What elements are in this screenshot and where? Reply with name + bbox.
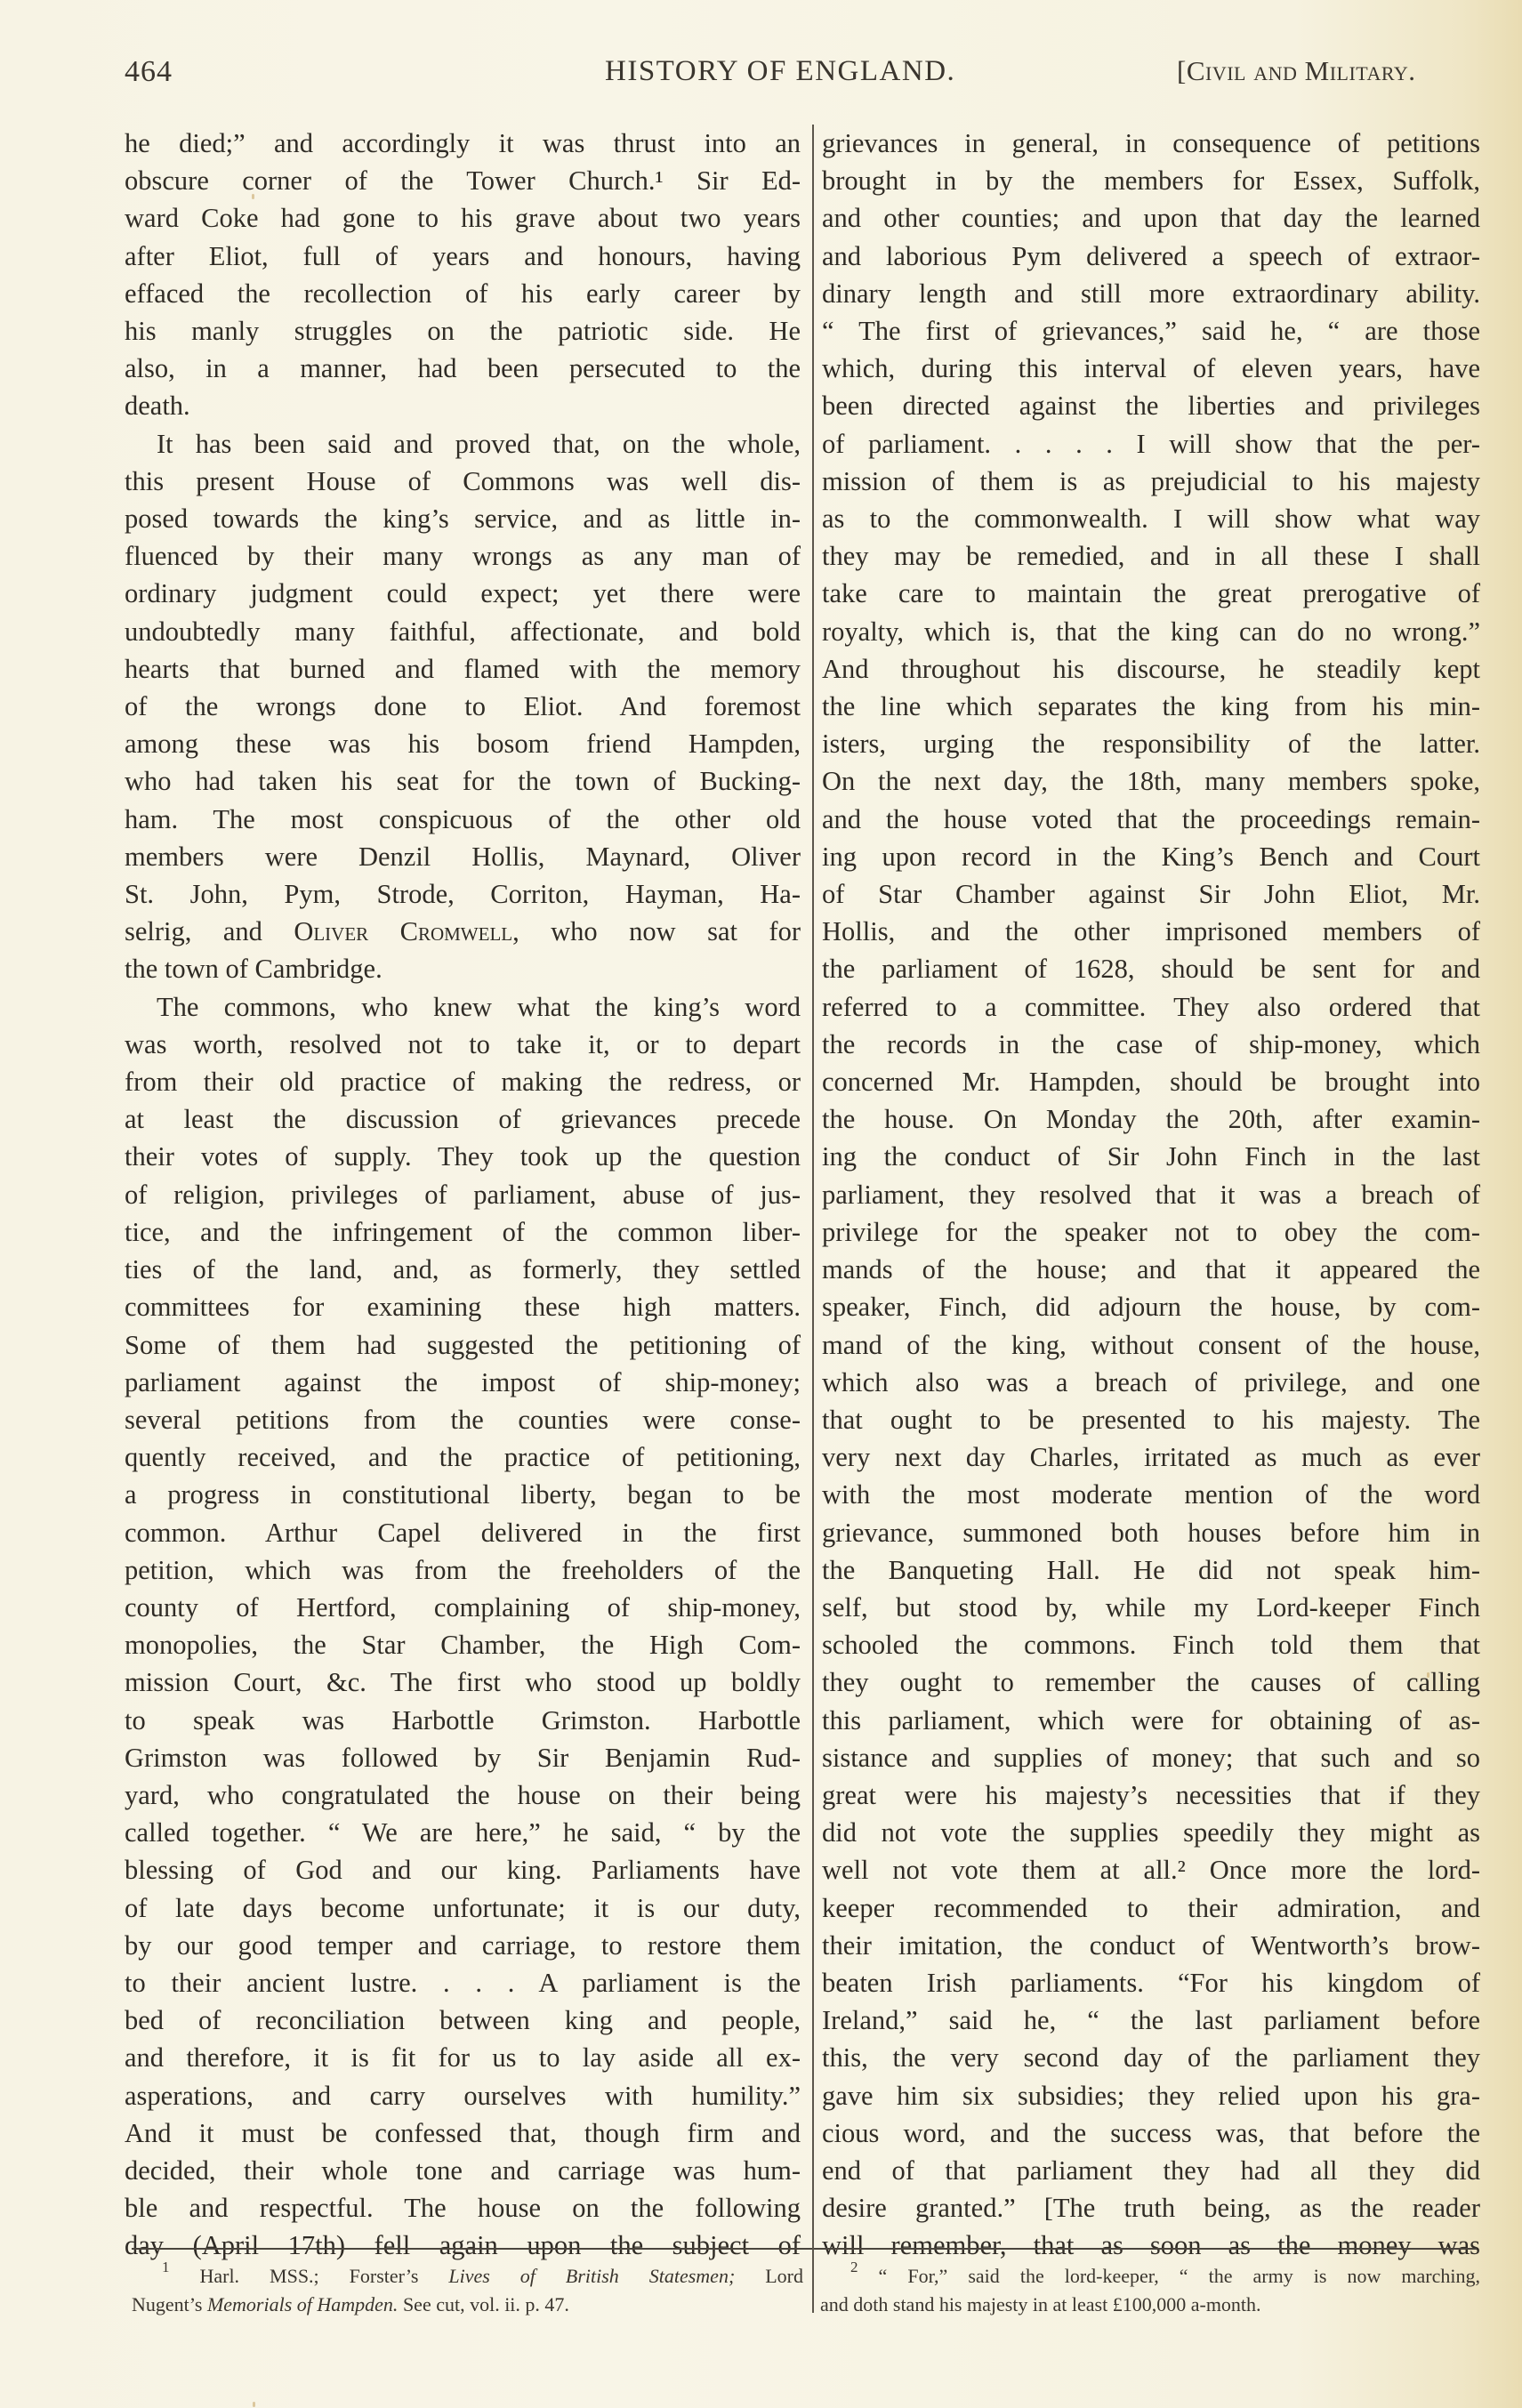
text-line: mands of the house; and that it appeared…	[822, 1251, 1480, 1288]
footnote-rule-right	[814, 2248, 1477, 2250]
text-line: Grimston was followed by Sir Benjamin Ru…	[125, 1739, 801, 1776]
text-line: among these was his bosom friend Hampden…	[125, 725, 801, 762]
text-line: and the house voted that the proceedings…	[822, 801, 1480, 838]
text-line: referred to a committee. They also order…	[822, 988, 1480, 1026]
text-line: they ought to remember the causes of cal…	[822, 1663, 1480, 1701]
text-line: that ought to be presented to his majest…	[822, 1401, 1480, 1438]
text-line: ble and respectful. The house on the fol…	[125, 2189, 801, 2227]
text-line: desire granted.” [The truth being, as th…	[822, 2189, 1480, 2227]
text-line: the parliament of 1628, should be sent f…	[822, 950, 1480, 987]
text-line: Some of them had suggested the petitioni…	[125, 1326, 801, 1364]
text-line: of the wrongs done to Eliot. And foremos…	[125, 688, 801, 725]
text-line: mission of them is as prejudicial to his…	[822, 463, 1480, 500]
text-line: grievance, summoned both houses before h…	[822, 1514, 1480, 1551]
text-line: committees for examining these high matt…	[125, 1288, 801, 1325]
footnote-2: 2 “ For,” said the lord-keeper, “ the ar…	[820, 2262, 1480, 2319]
text-line: common. Arthur Capel delivered in the fi…	[125, 1514, 801, 1551]
footnote-marker: 2	[850, 2259, 858, 2275]
text-line: keeper recommended to their admiration, …	[822, 1889, 1480, 1927]
text-line: blessing of God and our king. Parliament…	[125, 1851, 801, 1889]
text-line: ing the conduct of Sir John Finch in the…	[822, 1138, 1480, 1175]
footnote-text: Harl. MSS.; Forster’s	[199, 2265, 448, 2287]
text-line: their imitation, the conduct of Wentwort…	[822, 1927, 1480, 1964]
footnote-1: 1 Harl. MSS.; Forster’s Lives of British…	[132, 2262, 803, 2319]
text-line: they may be remedied, and in all these I…	[822, 537, 1480, 575]
running-title: HISTORY OF ENGLAND.	[605, 55, 955, 88]
text-line: members were Denzil Hollis, Maynard, Oli…	[125, 838, 801, 875]
text-line: end of that parliament they had all they…	[822, 2152, 1480, 2189]
text-line: speaker, Finch, did adjourn the house, b…	[822, 1288, 1480, 1325]
text-line: from their old practice of making the re…	[125, 1063, 801, 1100]
footnote-rule-left	[132, 2248, 812, 2250]
text-line: take care to maintain the great prerogat…	[822, 575, 1480, 612]
footnote-marker: 1	[162, 2259, 170, 2275]
text-line: which also was a breach of privilege, an…	[822, 1364, 1480, 1401]
text-line: isters, urging the responsibility of the…	[822, 725, 1480, 762]
footnote-text: Lord	[735, 2265, 803, 2287]
left-column: he died;” and accordingly it was thrust …	[125, 125, 801, 2265]
text-line: royalty, which is, that the king can do …	[822, 613, 1480, 650]
text-line: and therefore, it is fit for us to lay a…	[125, 2039, 801, 2076]
footnote-text: “ For,” said the lord-keeper, “ the army…	[879, 2265, 1480, 2287]
text-line: a progress in constitutional liberty, be…	[125, 1476, 801, 1513]
paper-speck	[1427, 1672, 1429, 1678]
book-page: 464 HISTORY OF ENGLAND. [Civil and Milit…	[0, 0, 1522, 2408]
text-line: cious word, and the success was, that be…	[822, 2114, 1480, 2152]
text-line: yard, who congratulated the house on the…	[125, 1776, 801, 1814]
text-line: And throughout his discourse, he steadil…	[822, 650, 1480, 688]
text-line: will remember, that as soon as the money…	[822, 2227, 1480, 2264]
text-line: ties of the land, and, as formerly, they…	[125, 1251, 801, 1288]
text-line: his manly struggles on the patriotic sid…	[125, 312, 801, 350]
text-line: county of Hertford, complaining of ship-…	[125, 1589, 801, 1626]
text-line: ing upon record in the King’s Bench and …	[822, 838, 1480, 875]
text-line: as to the commonwealth. I will show what…	[822, 500, 1480, 537]
text-line: fluenced by their many wrongs as any man…	[125, 537, 801, 575]
text-line: of late days become unfortunate; it is o…	[125, 1889, 801, 1927]
footnote-2-line-1: 2 “ For,” said the lord-keeper, “ the ar…	[820, 2262, 1480, 2291]
text-line: “ The first of grievances,” said he, “ a…	[822, 312, 1480, 350]
text-line: the house. On Monday the 20th, after exa…	[822, 1100, 1480, 1138]
column-divider	[812, 125, 814, 2313]
text-line: he died;” and accordingly it was thrust …	[125, 125, 801, 162]
footnote-text: See cut, vol. ii. p. 47.	[398, 2293, 568, 2315]
text-line: their votes of supply. They took up the …	[125, 1138, 801, 1175]
text-line: to their ancient lustre. . . . A parliam…	[125, 1964, 801, 2001]
text-line: The commons, who knew what the king’s wo…	[125, 988, 801, 1026]
text-line: who had taken his seat for the town of B…	[125, 762, 801, 800]
text-line: beaten Irish parliaments. “For his kingd…	[822, 1964, 1480, 2001]
text-line: great were his majesty’s necessities tha…	[822, 1776, 1480, 1814]
footnote-title-italic: Memorials of Hampden.	[207, 2293, 398, 2315]
text-line: brought in by the members for Essex, Suf…	[822, 162, 1480, 199]
text-line: concerned Mr. Hampden, should be brought…	[822, 1063, 1480, 1100]
text-line: parliament, they resolved that it was a …	[822, 1176, 1480, 1213]
text-line: ham. The most conspicuous of the other o…	[125, 801, 801, 838]
text-line: this, the very second day of the parliam…	[822, 2039, 1480, 2076]
page-number: 464	[125, 55, 173, 89]
footnote-title-italic: Lives of British Statesmen;	[448, 2265, 735, 2287]
text-line: petition, which was from the freeholders…	[125, 1551, 801, 1589]
text-line: and laborious Pym delivered a speech of …	[822, 238, 1480, 275]
text-line: effaced the recollection of his early ca…	[125, 275, 801, 312]
running-head: 464 HISTORY OF ENGLAND. [Civil and Milit…	[125, 55, 1486, 94]
text-line: quently received, and the practice of pe…	[125, 1438, 801, 1476]
text-line: also, in a manner, had been persecuted t…	[125, 350, 801, 387]
text-line: decided, their whole tone and carriage w…	[125, 2152, 801, 2189]
text-line: called together. “ We are here,” he said…	[125, 1814, 801, 1851]
text-line: this present House of Commons was well d…	[125, 463, 801, 500]
text-line: day (April 17th) fell again upon the sub…	[125, 2227, 801, 2264]
text-line: by our good temper and carriage, to rest…	[125, 1927, 801, 1964]
text-line: Hollis, and the other imprisoned members…	[822, 913, 1480, 950]
text-line: obscure corner of the Tower Church.¹ Sir…	[125, 162, 801, 199]
text-line: schooled the commons. Finch told them th…	[822, 1626, 1480, 1663]
text-line: posed towards the king’s service, and as…	[125, 500, 801, 537]
footnote-1-line-2: Nugent’s Memorials of Hampden. See cut, …	[132, 2291, 803, 2319]
text-line: sistance and supplies of money; that suc…	[822, 1739, 1480, 1776]
text-line: death.	[125, 387, 801, 424]
footnote-text: Nugent’s	[132, 2293, 207, 2315]
text-line: hearts that burned and flamed with the m…	[125, 650, 801, 688]
text-line: of parliament. . . . . I will show that …	[822, 425, 1480, 463]
text-line: of religion, privileges of parliament, a…	[125, 1176, 801, 1213]
text-line: tice, and the infringement of the common…	[125, 1213, 801, 1251]
text-line: mand of the king, without consent of the…	[822, 1326, 1480, 1364]
text-line: dinary length and still more extraordina…	[822, 275, 1480, 312]
text-line: several petitions from the counties were…	[125, 1401, 801, 1438]
footnote-2-line-2: and doth stand his majesty in at least £…	[820, 2291, 1480, 2319]
text-line: monopolies, the Star Chamber, the High C…	[125, 1626, 801, 1663]
text-line: It has been said and proved that, on the…	[125, 425, 801, 463]
text-line: at least the discussion of grievances pr…	[125, 1100, 801, 1138]
text-line: selrig, and Oliver Cromwell, who now sat…	[125, 913, 801, 950]
text-line: was worth, resolved not to take it, or t…	[125, 1026, 801, 1063]
paper-speck	[253, 2402, 255, 2407]
text-line: and other counties; and upon that day th…	[822, 199, 1480, 237]
section-label: [Civil and Military.	[1177, 55, 1415, 87]
text-line: gave him six subsidies; they relied upon…	[822, 2077, 1480, 2114]
footnote-1-line-1: 1 Harl. MSS.; Forster’s Lives of British…	[132, 2262, 803, 2291]
text-line: bed of reconciliation between king and p…	[125, 2001, 801, 2039]
text-line: undoubtedly many faithful, affectionate,…	[125, 613, 801, 650]
text-line: the town of Cambridge.	[125, 950, 801, 987]
text-line: asperations, and carry ourselves with hu…	[125, 2077, 801, 2114]
text-line: ward Coke had gone to his grave about tw…	[125, 199, 801, 237]
right-column: grievances in general, in consequence of…	[822, 125, 1480, 2265]
text-line: Ireland,” said he, “ the last parliament…	[822, 2001, 1480, 2039]
text-line: St. John, Pym, Strode, Corriton, Hayman,…	[125, 875, 801, 913]
text-line: with the most moderate mention of the wo…	[822, 1476, 1480, 1513]
paper-speck	[252, 194, 254, 199]
text-line: mission Court, &c. The first who stood u…	[125, 1663, 801, 1701]
text-line: parliament against the impost of ship-mo…	[125, 1364, 801, 1401]
text-line: the Banqueting Hall. He did not speak hi…	[822, 1551, 1480, 1589]
text-line: the line which separates the king from h…	[822, 688, 1480, 725]
text-line: very next day Charles, irritated as much…	[822, 1438, 1480, 1476]
text-line: which, during this interval of eleven ye…	[822, 350, 1480, 387]
text-line: after Eliot, full of years and honours, …	[125, 238, 801, 275]
text-line: to speak was Harbottle Grimston. Harbott…	[125, 1702, 801, 1739]
text-line: of Star Chamber against Sir John Eliot, …	[822, 875, 1480, 913]
text-line: privilege for the speaker not to obey th…	[822, 1213, 1480, 1251]
text-line: well not vote them at all.² Once more th…	[822, 1851, 1480, 1889]
name-smallcaps: Oliver Cromwell	[294, 916, 512, 946]
text-line: did not vote the supplies speedily they …	[822, 1814, 1480, 1851]
text-line: And it must be confessed that, though fi…	[125, 2114, 801, 2152]
text-line: ordinary judgment could expect; yet ther…	[125, 575, 801, 612]
text-line: this parliament, which were for obtainin…	[822, 1702, 1480, 1739]
text-line: the records in the case of ship-money, w…	[822, 1026, 1480, 1063]
text-line: On the next day, the 18th, many members …	[822, 762, 1480, 800]
text-line: been directed against the liberties and …	[822, 387, 1480, 424]
text-line: grievances in general, in consequence of…	[822, 125, 1480, 162]
text-line: self, but stood by, while my Lord-keeper…	[822, 1589, 1480, 1626]
